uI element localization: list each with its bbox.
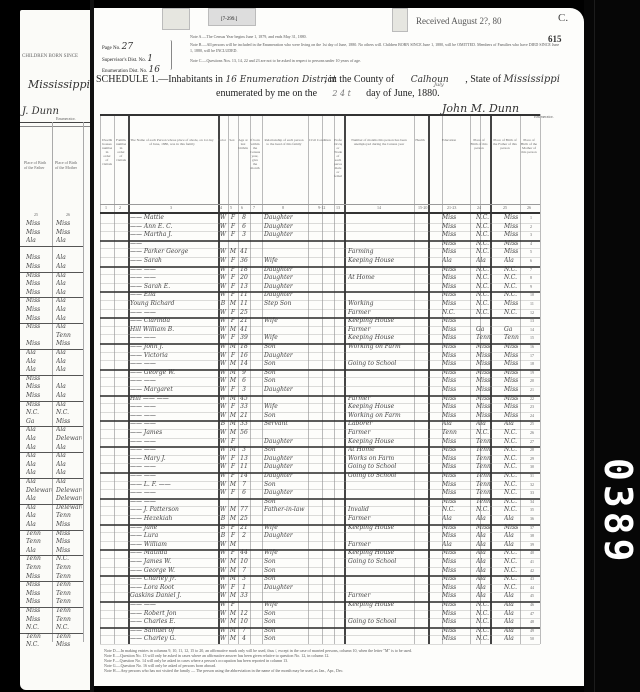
birthplace-cell: Miss: [442, 369, 468, 376]
mother-birthplace-cell: Ala: [56, 272, 82, 279]
age-cell: 10: [238, 558, 250, 565]
mother-birthplace-cell: Ga: [504, 326, 526, 333]
relationship-cell: Daughter: [264, 283, 306, 290]
mother-birthplace-cell: Tenn: [56, 573, 82, 580]
age-cell: 21: [238, 317, 250, 324]
ink-stamp-smudge: [162, 8, 190, 30]
sex-cell: M: [228, 558, 238, 565]
age-cell: 14: [238, 472, 250, 479]
father-birthplace-cell: Tenn: [26, 564, 52, 571]
column-header: Place of Birth of this person: [470, 138, 488, 150]
mother-birthplace-cell: N.C.: [504, 549, 526, 556]
father-birthplace-cell: Miss: [26, 607, 52, 614]
mother-birthplace-cell: N.C.: [504, 489, 526, 496]
father-birthplace-cell: Ala: [476, 541, 502, 548]
occupation-cell: Keeping House: [348, 524, 412, 531]
age-cell: 2: [238, 532, 250, 539]
county-value: Calhoun: [397, 75, 463, 85]
birthplace-cell: Miss: [442, 240, 468, 247]
color-cell: W: [218, 601, 228, 608]
page-edge-shadow: [0, 300, 20, 490]
line-number: 26: [530, 430, 534, 435]
mother-birthplace-cell: Tenn: [504, 334, 526, 341]
state-value: Mississippi: [504, 74, 560, 85]
color-cell: W: [218, 429, 228, 436]
color-cell: W: [218, 558, 228, 565]
age-cell: 8: [238, 214, 250, 221]
table-row: ——MissN.C.Miss4: [100, 240, 540, 249]
person-name: —— J. Patterson: [130, 506, 216, 513]
relationship-cell: Wife: [264, 524, 306, 531]
father-birthplace-cell: Miss: [476, 352, 502, 359]
occupation-cell: Farmer: [348, 592, 412, 599]
person-name: —— Charley G.: [130, 635, 216, 642]
table-row: —— ——WM3SonAt HomeMissTennN.C.28: [100, 446, 540, 455]
line-number: 29: [530, 456, 534, 461]
color-cell: W: [218, 248, 228, 255]
person-name: —— ——: [130, 601, 216, 608]
father-birthplace-cell: N.C.: [26, 624, 52, 631]
line-number: 39: [530, 542, 534, 547]
mother-birthplace-cell: N.C.: [504, 506, 526, 513]
age-cell: 20: [238, 274, 250, 281]
relationship-cell: Daughter: [264, 532, 306, 539]
person-name: —— William: [130, 541, 216, 548]
mother-birthplace-cell: N.C.: [504, 438, 526, 445]
person-name: Hill William B.: [130, 326, 216, 333]
relationship-cell: Son: [264, 610, 306, 617]
relationship-cell: Daughter: [264, 438, 306, 445]
person-name: —— Martha J.: [130, 231, 216, 238]
mother-birthplace-cell: Ala: [56, 349, 82, 356]
mother-birthplace-cell: Miss: [504, 386, 526, 393]
birthplace-cell: Miss: [442, 610, 468, 617]
corner-letter: C.: [558, 12, 568, 24]
relationship-cell: Daughter: [264, 266, 306, 273]
mother-birthplace-cell: Ala: [56, 383, 82, 390]
color-cell: W: [218, 635, 228, 642]
age-cell: 45: [238, 395, 250, 402]
line-number: 16: [530, 344, 534, 349]
column-header: Number of months this person has been un…: [348, 138, 410, 146]
father-birthplace-cell: Ala: [26, 478, 52, 485]
mother-birthplace-cell: Ala: [504, 601, 526, 608]
month-annotation: July: [434, 82, 444, 88]
left-col-mother-header: Place of Birth of the Mother: [55, 160, 81, 170]
left-page-state: Mississippi: [28, 78, 90, 91]
age-cell: 18: [238, 343, 250, 350]
table-row: —— ——WM21SonWorking on FarmMissMissMiss2…: [100, 412, 540, 421]
father-birthplace-cell: Ala: [476, 584, 502, 591]
age-cell: 41: [238, 248, 250, 255]
relationship-cell: Son: [264, 498, 306, 505]
person-name: —— Matilda: [130, 549, 216, 556]
father-birthplace-cell: Ga: [26, 418, 52, 425]
table-row: —— MargaretWF3DaughterMissMissMiss21: [100, 386, 540, 395]
line-number: 4: [530, 241, 532, 246]
table-row: —— Charley G.WM4SonMissN.C.Ala50: [100, 635, 540, 644]
color-cell: B: [218, 420, 228, 427]
table-row: —— Charles E.WM10SonGoing to SchoolMissN…: [100, 618, 540, 627]
column-number: 26: [527, 205, 531, 210]
sex-cell: F: [228, 352, 238, 359]
father-birthplace-cell: Ala: [26, 547, 52, 554]
birthplace-cell: Miss: [442, 489, 468, 496]
age-cell: 4: [238, 635, 250, 642]
note-c: Note C.—Questions Nos. 13, 14, 22 and 23…: [190, 58, 560, 63]
line-number: 24: [530, 413, 534, 418]
father-birthplace-cell: Miss: [476, 403, 502, 410]
father-birthplace-cell: Ala: [26, 512, 52, 519]
mother-birthplace-cell: N.C.: [504, 575, 526, 582]
color-cell: W: [218, 369, 228, 376]
mother-birthplace-cell: N.C.: [56, 409, 82, 416]
color-cell: W: [218, 257, 228, 264]
father-birthplace-cell: N.C.: [476, 300, 502, 307]
mother-birthplace-cell: Ala: [56, 289, 82, 296]
person-name: —— James: [130, 429, 216, 436]
table-row: —— ——WFWifeKeeping HouseMissN.C.Ala46: [100, 601, 540, 610]
birthplace-cell: Miss: [442, 567, 468, 574]
line-number: 50: [530, 636, 534, 641]
occupation-cell: Farmer: [348, 429, 412, 436]
father-birthplace-cell: Miss: [26, 340, 52, 347]
person-name: —— Charley Jr.: [130, 575, 216, 582]
person-name: Young Richard: [130, 300, 216, 307]
table-row: —— J. PattersonWM77Father-in-lawInvalidN…: [100, 506, 540, 515]
line-number: 15: [530, 335, 534, 340]
father-birthplace-cell: N.C.: [476, 635, 502, 642]
left-page-enumerator: J. Dunn: [22, 106, 59, 117]
father-birthplace-cell: Miss: [26, 375, 52, 382]
father-birthplace-cell: Ala: [26, 521, 52, 528]
column-rule: [540, 114, 541, 644]
mother-birthplace-cell: Ala: [56, 426, 82, 433]
table-row: —— Martha J.WF3DaughterMissN.C.Miss3: [100, 231, 540, 240]
father-birthplace-cell: N.C.: [476, 309, 502, 316]
father-birthplace-cell: Tenn: [26, 538, 52, 545]
mother-birthplace-cell: Miss: [504, 300, 526, 307]
sex-cell: F: [228, 223, 238, 230]
row-rule: [100, 644, 540, 645]
line-number: 49: [530, 628, 534, 633]
table-row: —— George W.WM7SonMissAlaN.C.42: [100, 567, 540, 576]
mother-birthplace-cell: Ala: [504, 635, 526, 642]
mother-birthplace-cell: Miss: [504, 343, 526, 350]
sex-cell: F: [228, 403, 238, 410]
occupation-cell: Going to School: [348, 360, 412, 367]
birthplace-cell: N.C.: [442, 309, 468, 316]
mother-birthplace-cell: N.C.: [504, 309, 526, 316]
mother-birthplace-cell: Miss: [504, 377, 526, 384]
father-birthplace-cell: Miss: [476, 343, 502, 350]
father-birthplace-cell: Ala: [26, 237, 52, 244]
table-row: —— ——WF11DaughterGoing to SchoolMissTenn…: [100, 463, 540, 472]
table-row: —— ——WF20DaughterAt HomeMissN.C.N.C.8: [100, 274, 540, 283]
occupation-cell: Farmer: [348, 326, 412, 333]
mother-birthplace-cell: Miss: [504, 524, 526, 531]
mother-birthplace-cell: Ala: [504, 532, 526, 539]
line-number: 21: [530, 387, 534, 392]
relationship-cell: Daughter: [264, 214, 306, 221]
birthplace-cell: N.C.: [442, 506, 468, 513]
father-birthplace-cell: N.C.: [476, 506, 502, 513]
occupation-cell: Going to School: [348, 618, 412, 625]
table-row: —— HezekiahBM25FarmerAlaAlaAla36: [100, 515, 540, 524]
person-name: —— Mattie: [130, 214, 216, 221]
mother-birthplace-cell: Miss: [504, 360, 526, 367]
father-birthplace-cell: Miss: [26, 289, 52, 296]
color-cell: W: [218, 214, 228, 221]
birthplace-cell: Miss: [442, 283, 468, 290]
person-name: —— ——: [130, 463, 216, 470]
line-number: 2: [530, 224, 532, 229]
color-cell: W: [218, 592, 228, 599]
line-number: 35: [530, 507, 534, 512]
father-birthplace-cell: Ala: [26, 426, 52, 433]
line-number: 27: [530, 439, 534, 444]
birthplace-cell: Miss: [442, 463, 468, 470]
color-cell: W: [218, 317, 228, 324]
age-cell: 7: [238, 567, 250, 574]
sex-cell: M: [228, 369, 238, 376]
sex-cell: F: [228, 266, 238, 273]
father-birthplace-cell: Miss: [476, 412, 502, 419]
birthplace-cell: Miss: [442, 395, 468, 402]
sex-cell: F: [228, 472, 238, 479]
father-birthplace-cell: Miss: [26, 573, 52, 580]
sex-cell: F: [228, 463, 238, 470]
mother-birthplace-cell: Ala: [56, 254, 82, 261]
relationship-cell: Daughter: [264, 463, 306, 470]
row-rule: [20, 246, 83, 247]
mother-birthplace-cell: Miss: [504, 395, 526, 402]
father-birthplace-cell: Miss: [26, 306, 52, 313]
relationship-cell: Daughter: [264, 472, 306, 479]
table-row: —— Ann E. C.WF6DaughterMissN.C.Miss2: [100, 223, 540, 232]
age-cell: 11: [238, 463, 250, 470]
father-birthplace-cell: Miss: [26, 315, 52, 322]
person-name: —— Charles E.: [130, 618, 216, 625]
age-cell: 41: [238, 326, 250, 333]
line-number: 32: [530, 482, 534, 487]
table-row: —— Robert JonWM12SonMissN.C.Ala47: [100, 610, 540, 619]
age-cell: 11: [238, 300, 250, 307]
person-name: —— Lura: [130, 532, 216, 539]
birthplace-cell: Ala: [442, 541, 468, 548]
sex-cell: F: [228, 257, 238, 264]
age-cell: 25: [238, 309, 250, 316]
table-row: —— Parker GeorgeWM41FarmingMissN.C.Miss5: [100, 248, 540, 257]
relationship-cell: Son: [264, 377, 306, 384]
mother-birthplace-cell: Miss: [504, 352, 526, 359]
father-birthplace-cell: Ala: [26, 444, 52, 451]
column-number: 13: [336, 205, 340, 210]
age-cell: 77: [238, 506, 250, 513]
father-birthplace-cell: Miss: [26, 383, 52, 390]
father-birthplace-cell: Miss: [26, 220, 52, 227]
table-row: Gaskins Daniel J.WM33FarmerMissAlaAla45: [100, 592, 540, 601]
mother-birthplace-cell: Ala: [56, 392, 82, 399]
birthplace-cell: Ala: [442, 515, 468, 522]
father-birthplace-cell: Miss: [26, 590, 52, 597]
age-cell: 3: [238, 446, 250, 453]
birthplace-cell: Miss: [442, 214, 468, 221]
father-birthplace-cell: Tenn: [476, 472, 502, 479]
occupation-cell: Going to School: [348, 558, 412, 565]
person-name: —— George W.: [130, 567, 216, 574]
birthplace-cell: Miss: [442, 360, 468, 367]
father-birthplace-cell: Tenn: [476, 334, 502, 341]
relationship-cell: Servant: [264, 420, 306, 427]
mother-birthplace-cell: N.C.: [56, 624, 82, 631]
line-number: 5: [530, 249, 532, 254]
line-number: 41: [530, 559, 534, 564]
birthplace-cell: Miss: [442, 352, 468, 359]
color-cell: W: [218, 489, 228, 496]
father-birthplace-cell: Ala: [476, 515, 502, 522]
person-name: —— Hezekiah: [130, 515, 216, 522]
table-row: —— ——SonMissTennN.C.34: [100, 498, 540, 507]
age-cell: 3: [238, 386, 250, 393]
sex-cell: F: [228, 231, 238, 238]
age-cell: 16: [238, 352, 250, 359]
birthplace-cell: Miss: [442, 412, 468, 419]
mother-birthplace-cell: Tenn: [56, 616, 82, 623]
father-birthplace-cell: N.C.: [476, 627, 502, 634]
birthplace-cell: Miss: [442, 472, 468, 479]
mother-birthplace-cell: N.C.: [504, 463, 526, 470]
page-no-field: Page No. 27: [102, 42, 133, 52]
father-birthplace-cell: Ala: [26, 435, 52, 442]
column-header: Profession, Occupation or Trade of each …: [334, 138, 342, 178]
father-birthplace-cell: Ala: [26, 358, 52, 365]
mother-birthplace-cell: N.C.: [504, 455, 526, 462]
column-header: Sex: [228, 138, 236, 142]
birthplace-cell: Miss: [442, 326, 468, 333]
line-number: 22: [530, 396, 534, 401]
table-row: —— ——WM6SonMissMissMiss20: [100, 377, 540, 386]
table-row: —— ——WM14SonGoing to SchoolMissMissMiss1…: [100, 360, 540, 369]
father-birthplace-cell: Miss: [26, 616, 52, 623]
mother-birthplace-cell: Ala: [56, 263, 82, 270]
sex-cell: M: [228, 515, 238, 522]
relationship-cell: Son: [264, 635, 306, 642]
mother-birthplace-cell: N.C.: [504, 481, 526, 488]
occupation-cell: Keeping House: [348, 257, 412, 264]
birthplace-cell: Miss: [442, 455, 468, 462]
color-cell: B: [218, 300, 228, 307]
color-cell: W: [218, 334, 228, 341]
relationship-cell: Son: [264, 558, 306, 565]
line-number: 18: [530, 361, 534, 366]
line-number: 11: [530, 301, 534, 306]
father-birthplace-cell: N.C.: [476, 429, 502, 436]
received-stamp: Received August 2?, 80: [416, 16, 501, 26]
father-birthplace-cell: Tenn: [476, 481, 502, 488]
line-number: 13: [530, 318, 534, 323]
color-cell: W: [218, 472, 228, 479]
mother-birthplace-cell: N.C.: [504, 446, 526, 453]
father-birthplace-cell: Miss: [476, 386, 502, 393]
age-cell: 12: [238, 610, 250, 617]
color-cell: W: [218, 266, 228, 273]
father-birthplace-cell: Miss: [26, 323, 52, 330]
person-name: —— Ann E. C.: [130, 223, 216, 230]
age-cell: 39: [238, 334, 250, 341]
person-name: —— ——: [130, 360, 216, 367]
sex-cell: F: [228, 584, 238, 591]
father-birthplace-cell: Tenn: [26, 633, 52, 640]
father-birthplace-cell: Ala: [476, 575, 502, 582]
line-number: 17: [530, 353, 534, 358]
person-name: ——: [130, 240, 216, 247]
line-number: 48: [530, 619, 534, 624]
person-name: —— ——: [130, 377, 216, 384]
relationship-cell: Wife: [264, 549, 306, 556]
father-birthplace-cell: N.C.: [476, 274, 502, 281]
birthplace-cell: Miss: [442, 601, 468, 608]
age-cell: 14: [238, 360, 250, 367]
birthplace-cell: Tenn: [442, 429, 468, 436]
sex-cell: M: [228, 575, 238, 582]
column-header: Place of Birth of the Father of this per…: [492, 138, 518, 150]
occupation-cell: Farmer: [348, 541, 412, 548]
line-number: 8: [530, 275, 532, 280]
mother-birthplace-cell: Ala: [56, 306, 82, 313]
age-cell: 18: [238, 266, 250, 273]
occupation-cell: Farming: [348, 248, 412, 255]
father-birthplace-cell: Tenn: [476, 498, 502, 505]
birthplace-cell: Miss: [442, 300, 468, 307]
sex-cell: M: [228, 420, 238, 427]
father-birthplace-cell: Tenn: [476, 489, 502, 496]
father-birthplace-cell: Miss: [26, 229, 52, 236]
sex-cell: F: [228, 524, 238, 531]
table-row: —— JamesWM56FarmerTennN.C.N.C.26: [100, 429, 540, 438]
relationship-cell: Son: [264, 481, 306, 488]
relationship-cell: Daughter: [264, 291, 306, 298]
mother-birthplace-cell: Deleware: [56, 495, 82, 502]
color-cell: W: [218, 463, 228, 470]
birthplace-cell: Miss: [442, 334, 468, 341]
father-birthplace-cell: N.C.: [476, 601, 502, 608]
column-header: Color: [218, 138, 226, 142]
mother-birthplace-cell: Deleware: [56, 487, 82, 494]
relationship-cell: Step Son: [264, 300, 306, 307]
line-number: 47: [530, 611, 534, 616]
occupation-cell: At Home: [348, 446, 412, 453]
mother-birthplace-cell: Miss: [56, 547, 82, 554]
age-cell: 36: [238, 257, 250, 264]
table-row: —— John J.WM18SonWorking on FarmMissMiss…: [100, 343, 540, 352]
line-number: 20: [530, 378, 534, 383]
sex-cell: M: [228, 429, 238, 436]
mother-birthplace-cell: Tenn: [56, 598, 82, 605]
color-cell: W: [218, 455, 228, 462]
occupation-cell: Farmer: [348, 309, 412, 316]
mother-birthplace-cell: Ala: [56, 297, 82, 304]
mother-birthplace-cell: Tenn: [56, 512, 82, 519]
color-cell: W: [218, 283, 228, 290]
mother-birthplace-cell: N.C.: [504, 472, 526, 479]
sex-cell: F: [228, 386, 238, 393]
sex-cell: F: [228, 214, 238, 221]
mother-birthplace-cell: N.C.: [504, 274, 526, 281]
left-col-number: 26: [66, 212, 70, 217]
mother-birthplace-cell: Miss: [504, 369, 526, 376]
enumeration-date-line: enumerated by me on the 2 4 t day of Jun…: [216, 88, 440, 99]
